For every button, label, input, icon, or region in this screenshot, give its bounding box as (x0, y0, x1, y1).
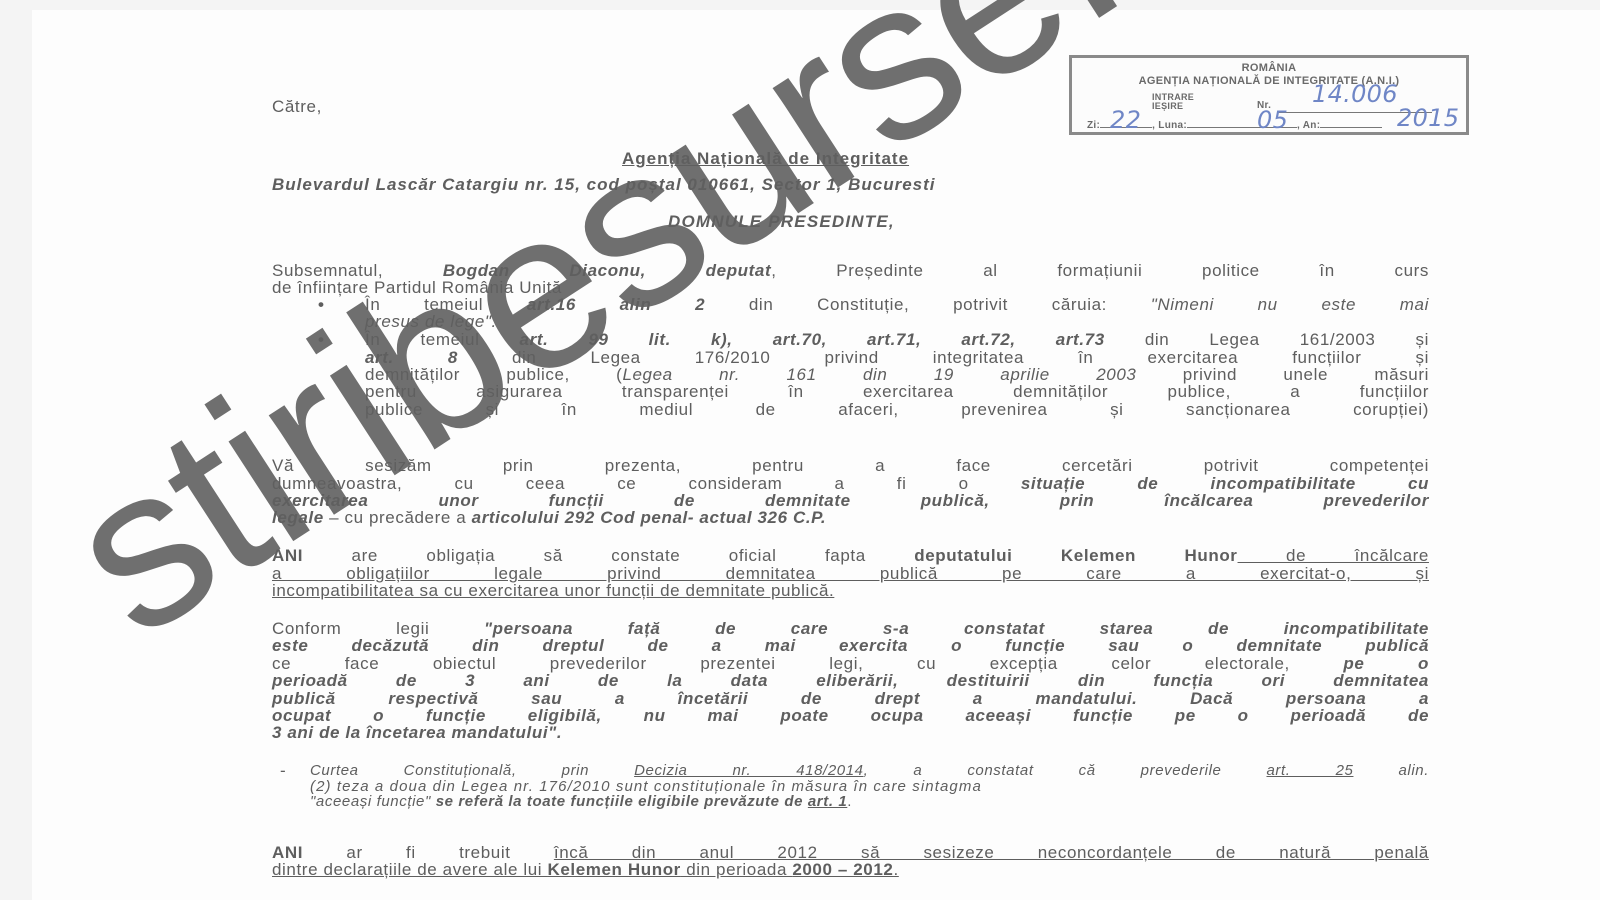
stamp-day-value: 22 (1110, 106, 1141, 134)
salutation: DOMNULE PRESEDINTE, (668, 213, 895, 231)
note-line-3: "aceeași funcție" se referă la toate fun… (310, 793, 852, 811)
stamp-direction: INTRARE IEȘIRE (1152, 93, 1194, 111)
p2-line-3: incompatibilitatea sa cu exercitarea uno… (272, 582, 834, 600)
stamp-month-value: 05 (1257, 106, 1288, 134)
note-dash: - (280, 762, 286, 780)
recipient-address: Bulevardul Lascăr Catargiu nr. 15, cod p… (272, 176, 936, 194)
p1-line-4: legale – cu precădere a articolului 292 … (272, 509, 826, 527)
stamp-agency: AGENȚIA NAȚIONALĂ DE INTEGRITATE (A.N.I.… (1072, 75, 1466, 87)
to-label: Către, (272, 98, 322, 116)
p3-line-7: 3 ani de la încetarea mandatului". (272, 724, 562, 742)
p3-line-2: este decăzută din dreptul de a mai exerc… (272, 637, 1429, 655)
p3-line-4: perioadă de 3 ani de la data eliberării,… (272, 672, 1429, 690)
scanned-page: ROMÂNIA AGENȚIA NAȚIONALĂ DE INTEGRITATE… (32, 10, 1600, 900)
bullet-2-line-1: În temeiul art. 99 lit. k), art.70, art.… (365, 331, 1429, 349)
p2-line-1: ANI are obligația să constate oficial fa… (272, 547, 1429, 565)
p1-line-1: Vă sesizăm prin prezenta, pentru a face … (272, 457, 1429, 475)
bullet-1-line-2: presus de lege". (365, 313, 497, 331)
stamp-nr-value: 14.006 (1312, 80, 1398, 108)
recipient-name: Agenția Națională de Integritate (622, 150, 909, 168)
bullet-2-line-5: publice și în mediul de afaceri, preveni… (365, 401, 1429, 419)
bullet-1-line-1: În temeiul art.16 alin 2 din Constituție… (365, 296, 1429, 314)
stamp-year-value: 2015 (1397, 104, 1459, 132)
registration-stamp: ROMÂNIA AGENȚIA NAȚIONALĂ DE INTEGRITATE… (1069, 55, 1469, 135)
p4-line-2: dintre declarațiile de avere ale lui Kel… (272, 861, 899, 879)
bullet-2-line-4: pentru asigurarea transparenței în exerc… (365, 383, 1429, 401)
stamp-country: ROMÂNIA (1072, 62, 1466, 74)
